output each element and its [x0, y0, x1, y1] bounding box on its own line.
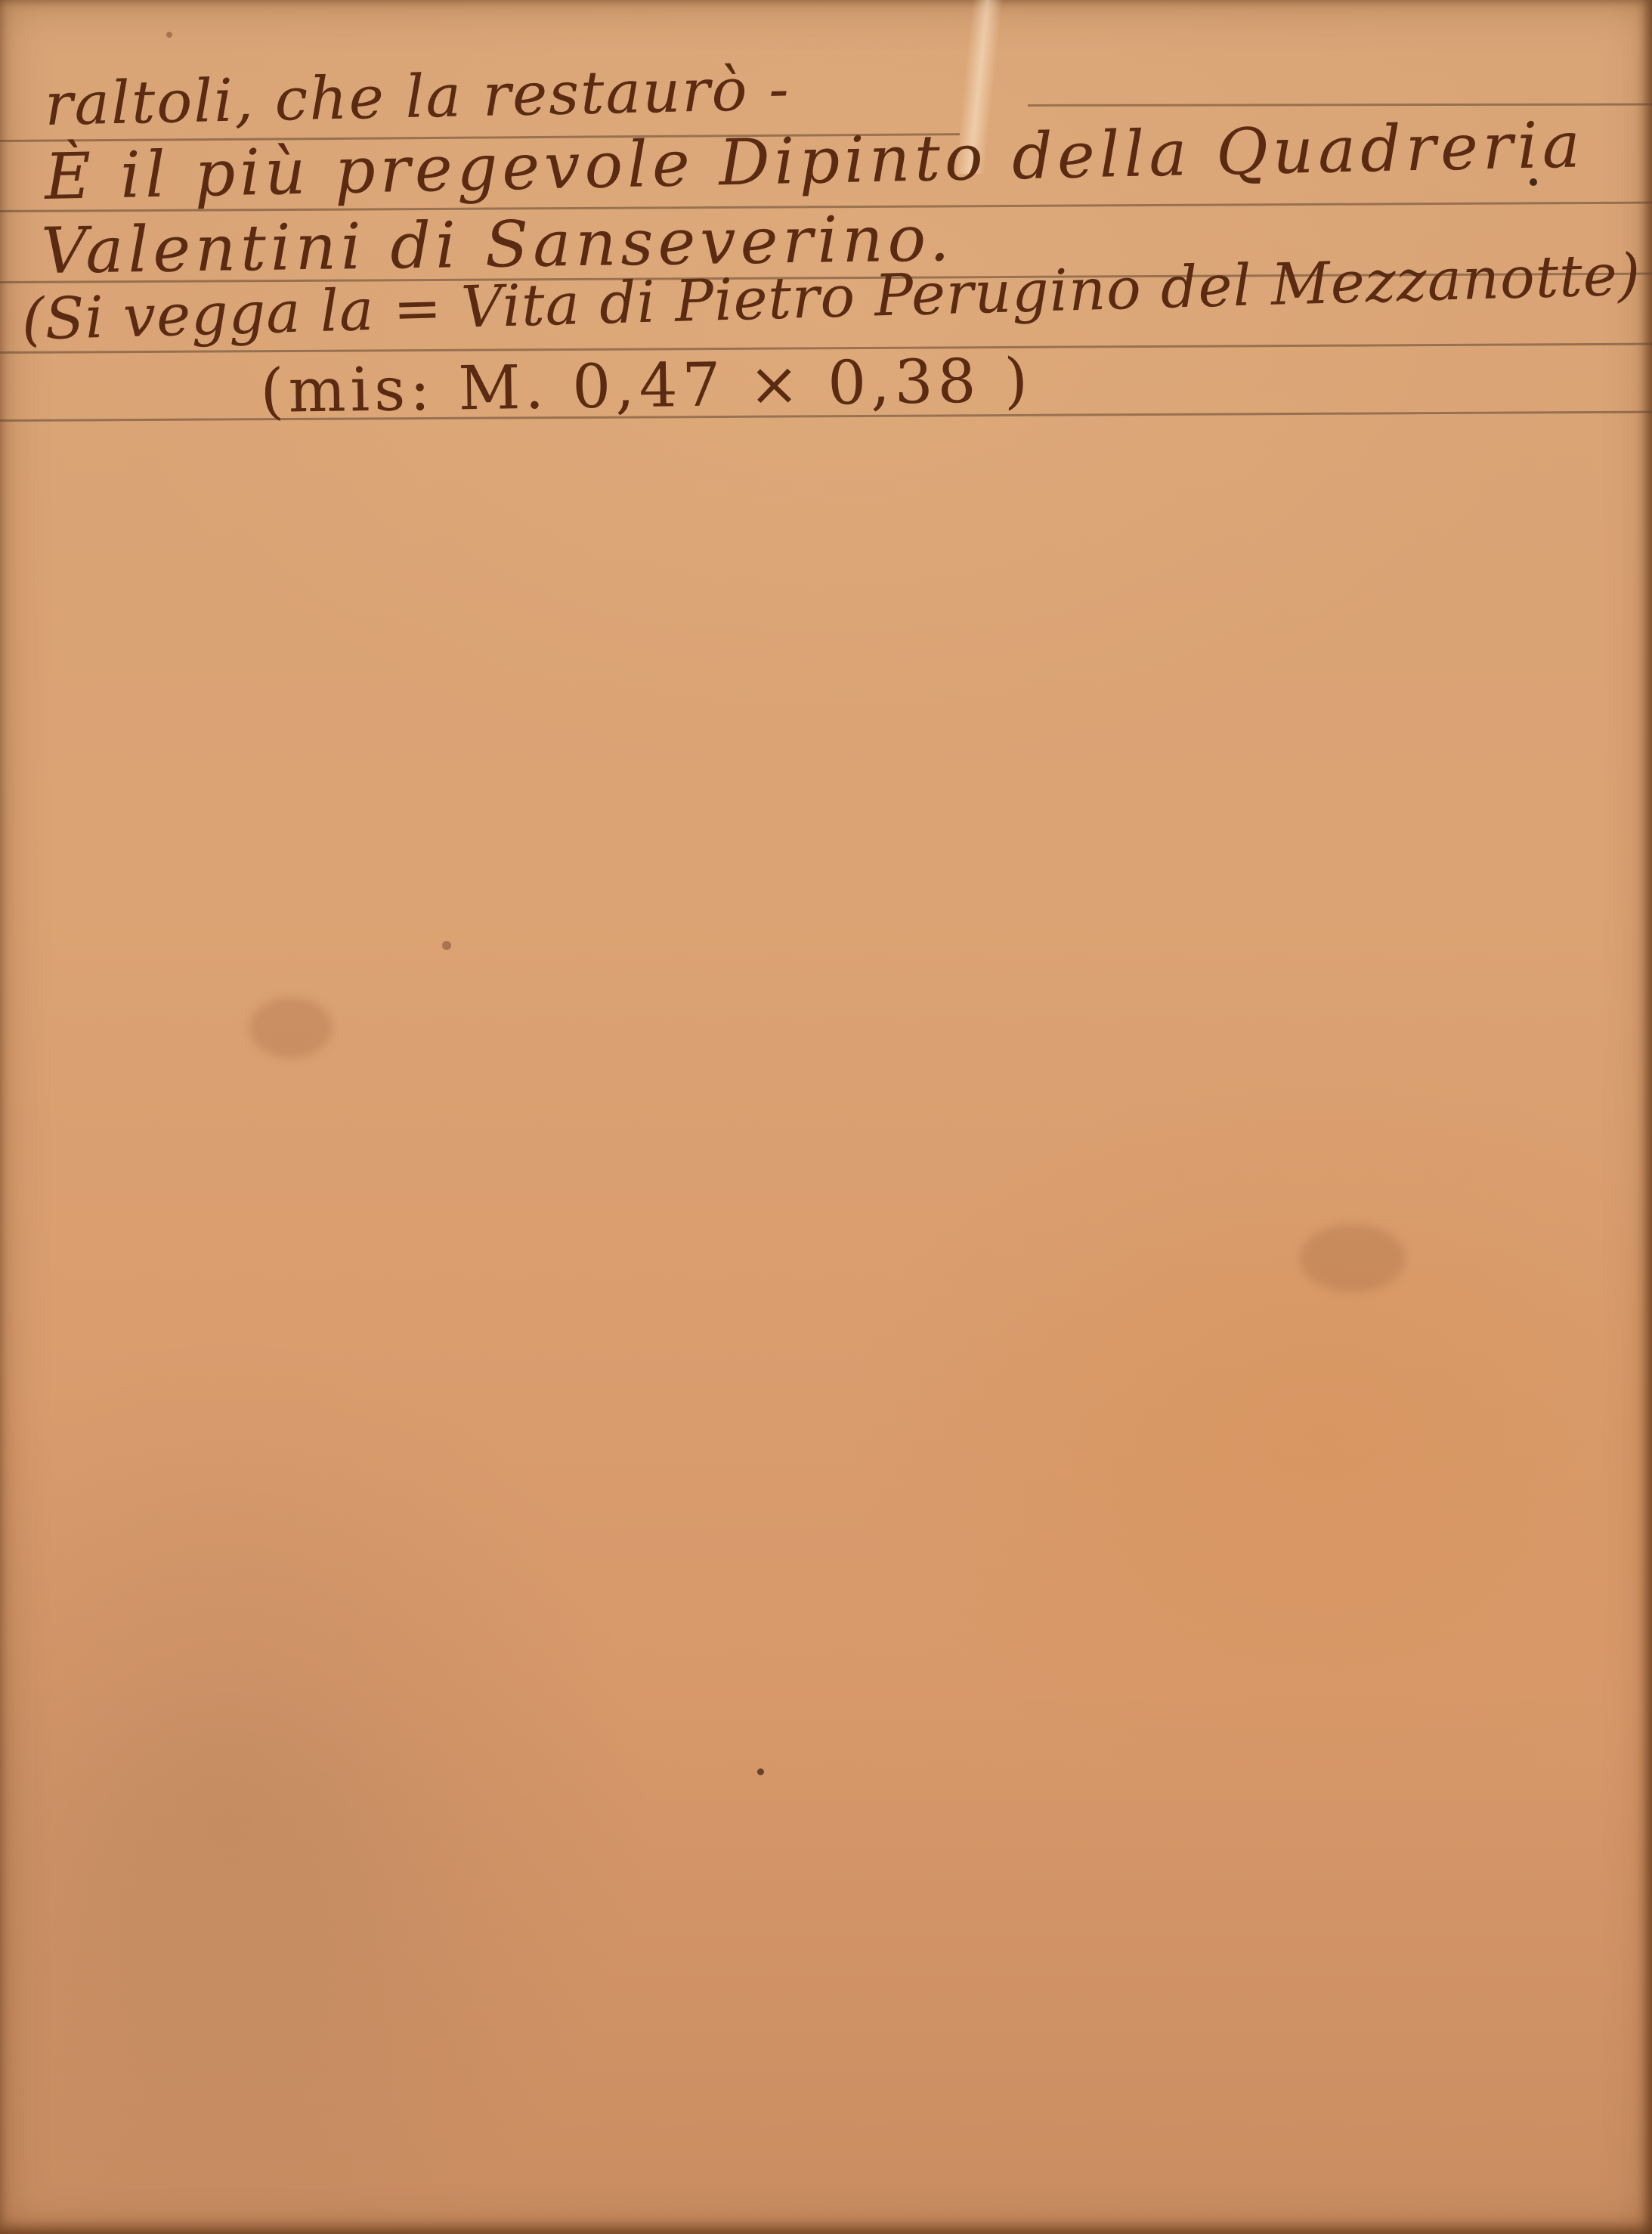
- paper-stain: [249, 998, 333, 1058]
- paper-blemish: [442, 941, 451, 950]
- handwritten-line: (mis: M. 0,47 × 0,38 ): [260, 351, 1033, 422]
- ruled-line: [1028, 104, 1652, 107]
- paper-stain: [1300, 1224, 1406, 1292]
- ink-dot: [757, 1768, 764, 1775]
- handwritten-line: raltoli, che la restaurò -: [44, 60, 790, 135]
- ink-dot: [1530, 178, 1537, 186]
- document-card: raltoli, che la restaurò - È il più preg…: [0, 0, 1652, 2234]
- ink-dot: [166, 32, 172, 38]
